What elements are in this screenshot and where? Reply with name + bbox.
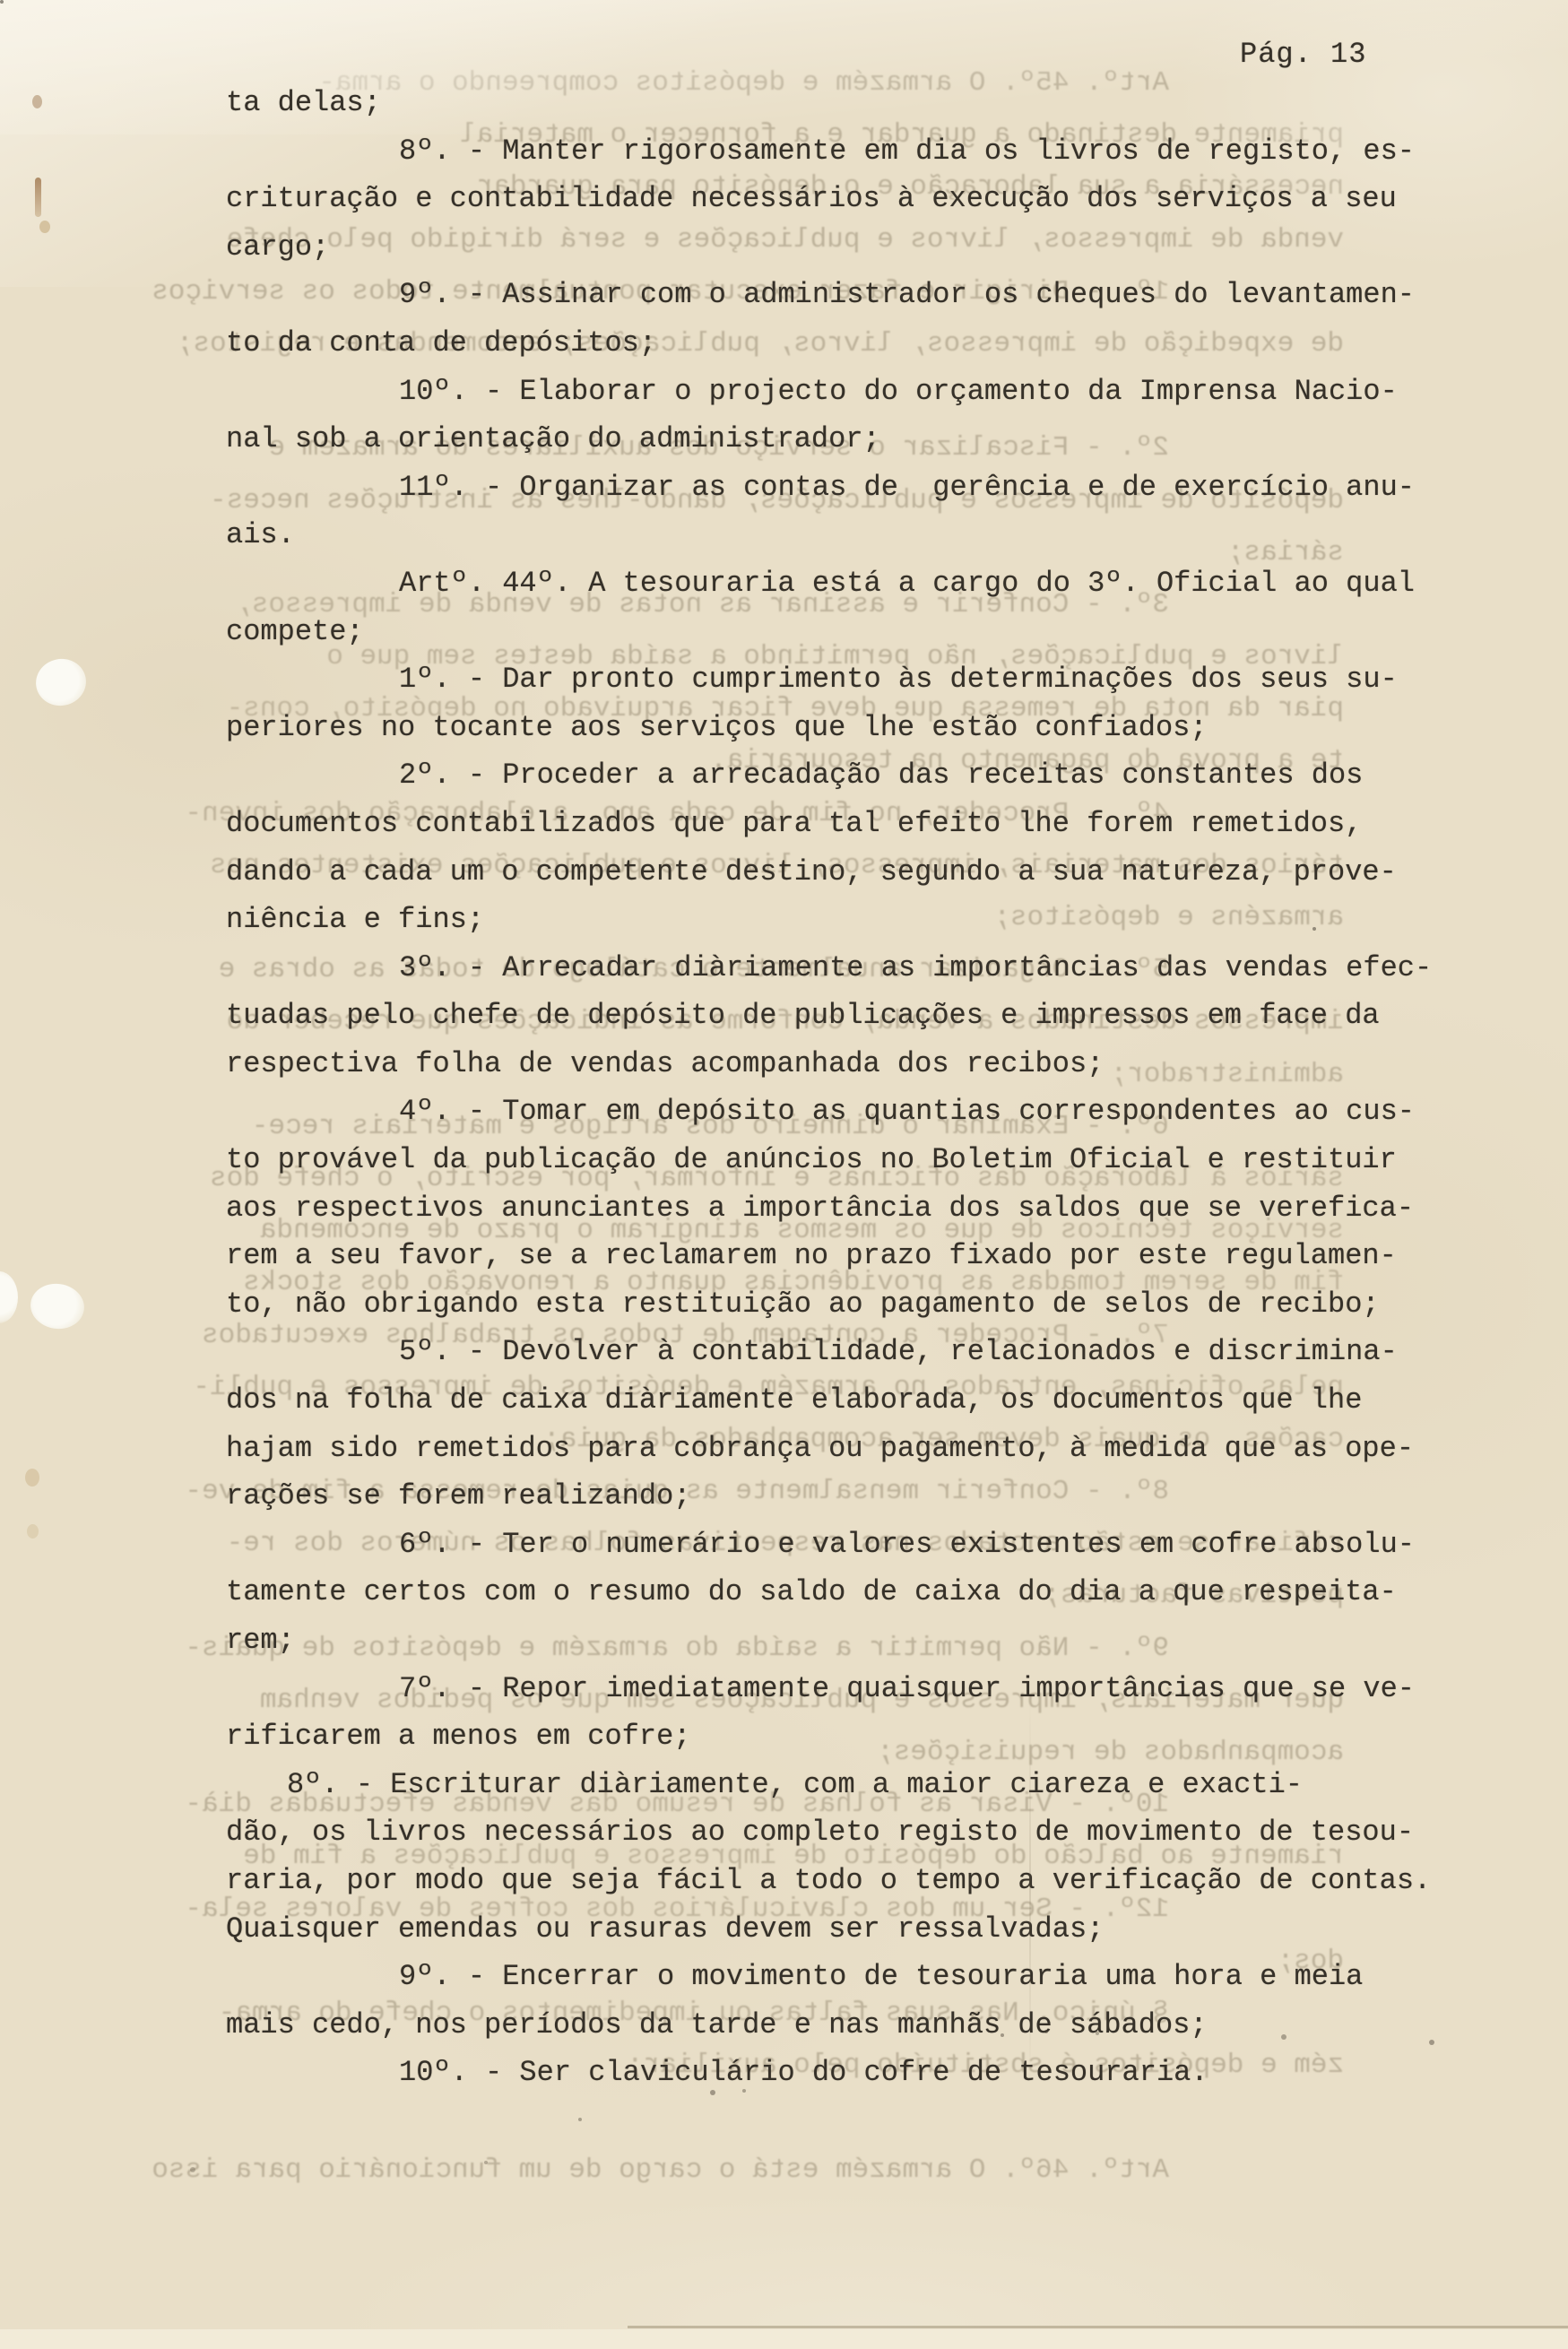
text-line: compete; [0, 608, 1568, 656]
rust-stain [39, 221, 50, 233]
scan-edge-strip-bottom [0, 2329, 1568, 2349]
typewritten-text-block: ta delas;8º. - Manter rigorosamente em d… [0, 79, 1568, 2097]
scanned-document-page: Artº. 45º. O armazém e depósitos compree… [0, 0, 1568, 2349]
text-line: niência e fins; [0, 896, 1568, 944]
text-line: ais. [0, 511, 1568, 559]
rust-stain [35, 178, 41, 217]
rust-stain [32, 95, 42, 108]
text-line: 6º. - Ter o numerário e valores existent… [0, 1521, 1568, 1569]
text-line: respectiva folha de vendas acompanhada d… [0, 1040, 1568, 1088]
text-line: Artº. 44º. A tesouraria está a cargo do … [0, 559, 1568, 608]
text-line: dão, os livros necessários ao completo r… [0, 1808, 1568, 1857]
text-line: hajam sido remetidos para cobrança ou pa… [0, 1425, 1568, 1473]
text-line: 11º. - Organizar as contas de gerência e… [0, 464, 1568, 512]
rust-stain [25, 1469, 39, 1487]
text-line: nal sob a orientação do administrador; [0, 415, 1568, 464]
bleedthrough-line [0, 2092, 1568, 2144]
text-line: ta delas; [0, 79, 1568, 127]
text-line: 9º. - Encerrar o movimento de tesouraria… [0, 1953, 1568, 2001]
text-line: 8º. - Manter rigorosamente em dia os liv… [0, 127, 1568, 176]
text-line: aos respectivos anunciantes a importânci… [0, 1184, 1568, 1233]
text-line: 9º. - Assinar com o administrador os che… [0, 271, 1568, 319]
text-line: mais cedo, nos períodos da tarde e nas m… [0, 2001, 1568, 2050]
text-line: to da conta de depósitos; [0, 319, 1568, 368]
text-line: 3º. - Arrecadar diàriamente as importânc… [0, 944, 1568, 992]
text-line: documentos contabilizados que para tal e… [0, 800, 1568, 848]
text-line: to, não obrigando esta restituição ao pa… [0, 1280, 1568, 1329]
bleedthrough-line: Artº. 46º. O armazém está o cargo de um … [0, 2145, 1568, 2197]
text-line: to provável da publicação de anúncios no… [0, 1136, 1568, 1184]
rust-stain [27, 1524, 39, 1539]
page-number: Pág. 13 [1240, 38, 1366, 71]
text-line: raria, por modo que seja fácil a todo o … [0, 1857, 1568, 1905]
text-line: tamente certos com o resumo do saldo de … [0, 1568, 1568, 1617]
text-line: rem a seu favor, se a reclamarem no praz… [0, 1232, 1568, 1280]
text-line: 10º. - Elaborar o projecto do orçamento … [0, 368, 1568, 416]
text-line: dando a cada um o competente destino, se… [0, 848, 1568, 897]
text-line: 7º. - Repor imediatamente quaisquer impo… [0, 1665, 1568, 1713]
text-line: tuadas pelo chefe de depósito de publica… [0, 992, 1568, 1040]
text-line: rificarem a menos em cofre; [0, 1712, 1568, 1761]
ink-specks [0, 0, 4, 4]
text-line: 2º. - Proceder a arrecadação das receita… [0, 751, 1568, 800]
text-line: periores no tocante aos serviços que lhe… [0, 704, 1568, 752]
text-line: dos na folha de caixa diàriamente elabor… [0, 1376, 1568, 1425]
text-line: crituração e contabilidade necessários à… [0, 175, 1568, 223]
text-line: 4º. - Tomar em depósito as quantias corr… [0, 1088, 1568, 1136]
text-line: Quaisquer emendas ou rasuras devem ser r… [0, 1905, 1568, 1954]
page-bottom-shadow [628, 2326, 1568, 2328]
text-line: 8º. - Escriturar diàriamente, com a maio… [0, 1761, 1568, 1809]
text-line: 10º. - Ser claviculário do cofre de teso… [0, 2049, 1568, 2097]
text-line: 5º. - Devolver à contabilidade, relacion… [0, 1328, 1568, 1376]
text-line: 1º. - Dar pronto cumprimento às determin… [0, 655, 1568, 704]
text-line: rações se forem realizando; [0, 1472, 1568, 1521]
text-line: cargo; [0, 223, 1568, 272]
text-line: rem; [0, 1617, 1568, 1665]
